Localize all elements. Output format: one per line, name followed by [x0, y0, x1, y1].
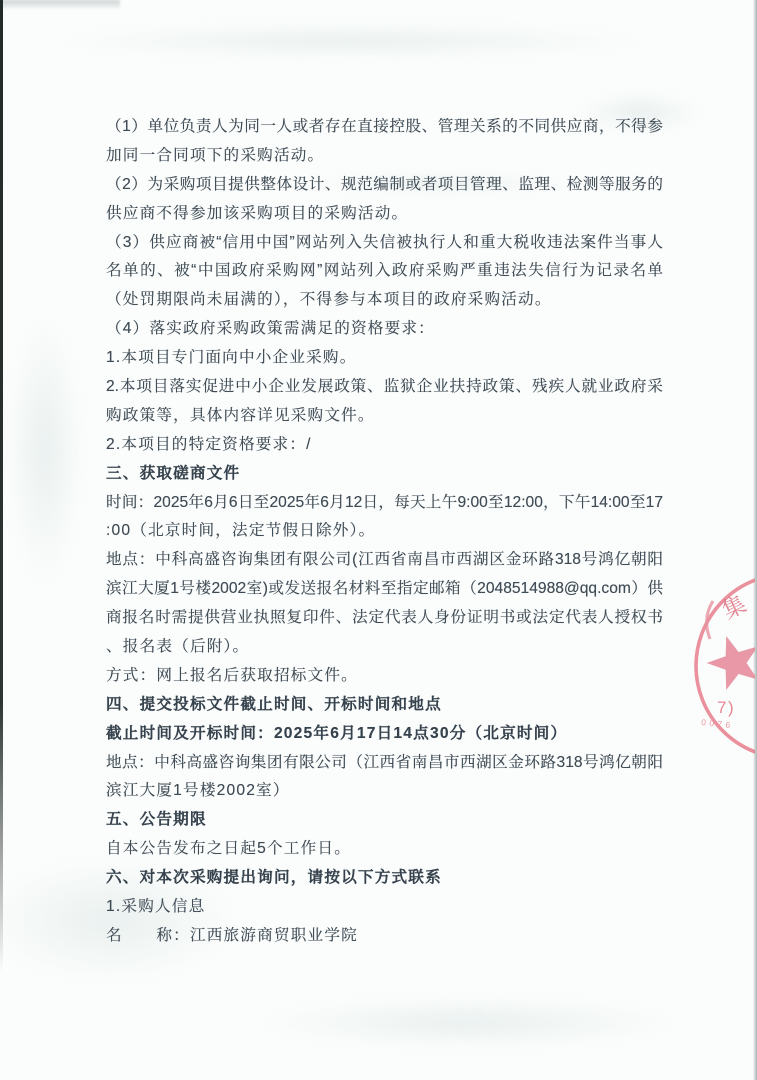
document-line: 四、提交投标文件截止时间、开标时间和地点: [106, 691, 663, 720]
document-line: 地点：中科高盛咨询集团有限公司（江西省南昌市西湖区金环路318号鸿亿朝阳: [106, 749, 663, 778]
seal-code-text: 7): [717, 698, 735, 717]
document-line: 名 称：江西旅游商贸职业学院: [106, 922, 663, 951]
document-line: 、报名表（后附）。: [106, 633, 663, 662]
scan-edge-right: [753, 0, 757, 1080]
document-line: （3）供应商被“信用中国”网站列入失信被执行人和重大税收违法案件当事人: [106, 229, 663, 258]
document-line: 供应商不得参加该采购项目的采购活动。: [106, 200, 663, 229]
document-line: 滨江大厦1号楼2002室)或发送报名材料至指定邮箱（2048514988@qq.…: [106, 575, 663, 604]
document-line: 2.本项目的特定资格要求：/: [106, 431, 663, 460]
document-line: （1）单位负责人为同一人或者存在直接控股、管理关系的不同供应商，不得参: [106, 113, 663, 142]
document-line: 时间：2025年6月6日至2025年6月12日，每天上午9:00至12:00，下…: [106, 489, 663, 518]
scan-noise: [0, 0, 120, 10]
scan-noise: [5, 310, 85, 590]
document-line: 2.本项目落实促进中小企业发展政策、监狱企业扶持政策、残疾人就业政府采: [106, 373, 663, 402]
document-line: 1.本项目专门面向中小企业采购。: [106, 344, 663, 373]
seal-partial-glyph: [707, 601, 713, 639]
scan-noise: [40, 22, 660, 60]
document-line: （处罚期限尚未届满的），不得参与本项目的政府采购活动。: [106, 286, 663, 315]
scanned-document-page: （1）单位负责人为同一人或者存在直接控股、管理关系的不同供应商，不得参加同一合同…: [0, 0, 757, 1080]
scan-edge-left: [0, 0, 3, 1080]
scan-noise: [250, 995, 690, 1050]
document-line: 六、对本次采购提出询问，请按以下方式联系: [106, 864, 663, 893]
document-line: （4）落实政府采购政策需满足的资格要求：: [106, 315, 663, 344]
document-line: 截止时间及开标时间：2025年6月17日14点30分（北京时间）: [106, 720, 663, 749]
document-line: 地点：中科高盛咨询集团有限公司(江西省南昌市西湖区金环路318号鸿亿朝阳: [106, 546, 663, 575]
document-line: 购政策等，具体内容详见采购文件。: [106, 402, 663, 431]
document-line: 名单的、被“中国政府采购网”网站列入政府采购严重违法失信行为记录名单: [106, 257, 663, 286]
document-line: :00（北京时间，法定节假日除外）。: [106, 517, 663, 546]
seal-serial-number: 0076: [701, 717, 734, 730]
seal-border-circle: [696, 574, 755, 755]
document-line: 滨江大厦1号楼2002室）: [106, 777, 663, 806]
document-line: 方式：网上报名后获取招标文件。: [106, 662, 663, 691]
document-body: （1）单位负责人为同一人或者存在直接控股、管理关系的不同供应商，不得参加同一合同…: [106, 113, 663, 951]
seal-star-icon: [701, 628, 755, 693]
document-line: 五、公告期限: [106, 806, 663, 835]
document-line: 加同一合同项下的采购活动。: [106, 142, 663, 171]
document-line: 商报名时需提供营业执照复印件、法定代表人身份证明书或法定代表人授权书: [106, 604, 663, 633]
company-seal-stamp: 集 7) 0076: [687, 573, 755, 755]
document-line: 1.采购人信息: [106, 893, 663, 922]
seal-arc-char: 集: [718, 590, 750, 623]
document-line: 自本公告发布之日起5个工作日。: [106, 835, 663, 864]
document-line: 三、获取磋商文件: [106, 460, 663, 489]
document-line: （2）为采购项目提供整体设计、规范编制或者项目管理、监理、检测等服务的: [106, 171, 663, 200]
